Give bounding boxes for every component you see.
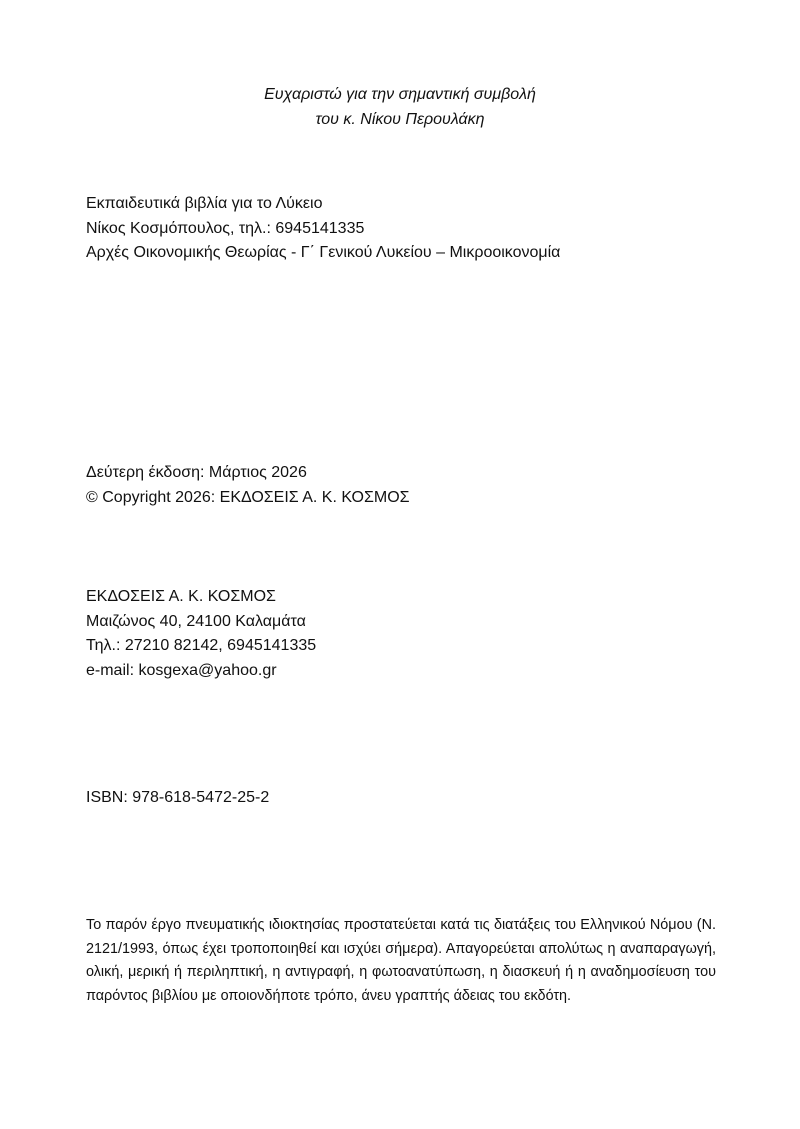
edition-line: Δεύτερη έκδοση: Μάρτιος 2026 [86, 461, 410, 486]
dedication: Ευχαριστώ για την σημαντική συμβολή του … [0, 82, 800, 132]
dedication-line-2: του κ. Νίκου Περουλάκη [0, 107, 800, 132]
isbn: ISBN: 978-618-5472-25-2 [86, 786, 269, 811]
legal-notice: Το παρόν έργο πνευματικής ιδιοκτησίας πρ… [86, 914, 716, 1008]
publisher-name: ΕΚΔΟΣΕΙΣ Α. Κ. ΚΟΣΜΟΣ [86, 585, 316, 610]
isbn-info: ISBN: 978-618-5472-25-2 [86, 786, 269, 811]
publisher-phone: Τηλ.: 27210 82142, 6945141335 [86, 634, 316, 659]
book-info: Εκπαιδευτικά βιβλία για το Λύκειο Νίκος … [86, 192, 560, 266]
book-author: Νίκος Κοσμόπουλος, τηλ.: 6945141335 [86, 217, 560, 242]
publisher-address: Μαιζώνος 40, 24100 Καλαμάτα [86, 610, 316, 635]
book-series: Εκπαιδευτικά βιβλία για το Λύκειο [86, 192, 560, 217]
book-title: Αρχές Οικονομικής Θεωρίας - Γ΄ Γενικού Λ… [86, 241, 560, 266]
publisher-email: e-mail: kosgexa@yahoo.gr [86, 659, 316, 684]
copyright-line: © Copyright 2026: ΕΚΔΟΣΕΙΣ Α. Κ. ΚΟΣΜΟΣ [86, 486, 410, 511]
dedication-line-1: Ευχαριστώ για την σημαντική συμβολή [0, 82, 800, 107]
publisher-info: ΕΚΔΟΣΕΙΣ Α. Κ. ΚΟΣΜΟΣ Μαιζώνος 40, 24100… [86, 585, 316, 683]
edition-info: Δεύτερη έκδοση: Μάρτιος 2026 © Copyright… [86, 461, 410, 510]
